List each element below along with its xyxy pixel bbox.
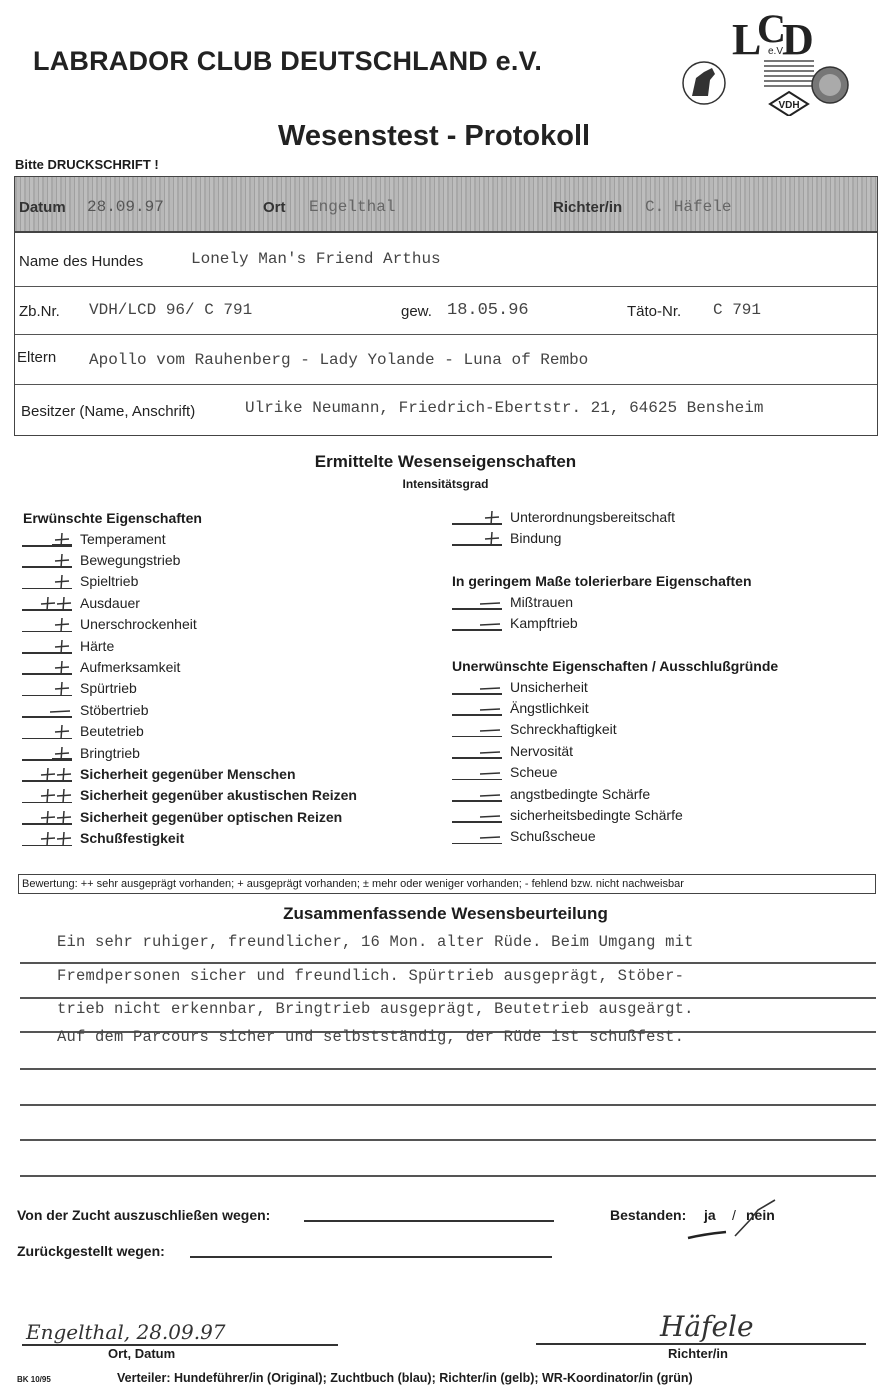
- rating-legend-text: Bewertung: ++ sehr ausgeprägt vorhanden;…: [22, 878, 684, 890]
- trait-item: Schußscheue: [452, 826, 596, 847]
- trait-label: Aufmerksamkeit: [80, 659, 180, 675]
- rating-field[interactable]: [452, 806, 502, 824]
- test-info-band: Datum 28.09.97 Ort Engelthal Richter/in …: [15, 177, 877, 233]
- trait-item: Temperament: [22, 528, 166, 549]
- rating-mark-icon: [452, 529, 502, 547]
- trait-label: Unsicherheit: [510, 679, 588, 695]
- rating-mark-icon: [452, 593, 502, 611]
- trait-label: Bringtrieb: [80, 745, 140, 761]
- summary-line[interactable]: Ein sehr ruhiger, freundlicher, 16 Mon. …: [57, 933, 694, 951]
- print-instruction: Bitte DRUCKSCHRIFT !: [15, 157, 159, 172]
- summary-rule: [20, 1068, 876, 1070]
- trait-item: Bewegungstrieb: [22, 549, 180, 570]
- exclude-field[interactable]: [304, 1220, 554, 1222]
- rating-mark-icon: [22, 679, 72, 697]
- birthdate-label: gew.: [401, 303, 432, 320]
- rating-field[interactable]: [452, 742, 502, 760]
- trait-label: Schußfestigkeit: [80, 830, 184, 846]
- summary-rule: [20, 1139, 876, 1141]
- trait-item: Unterordnungsbereitschaft: [452, 506, 675, 527]
- rating-legend: Bewertung: ++ sehr ausgeprägt vorhanden;…: [18, 874, 876, 894]
- rating-field[interactable]: [22, 829, 72, 847]
- svg-text:D: D: [782, 15, 814, 64]
- rating-field[interactable]: [452, 593, 502, 611]
- rating-mark-icon: [22, 765, 72, 783]
- rating-field[interactable]: [22, 658, 72, 676]
- rating-mark-icon: [22, 594, 72, 612]
- trait-label: Stöbertrieb: [80, 702, 148, 718]
- parents-field[interactable]: Apollo vom Rauhenberg - Lady Yolande - L…: [89, 351, 588, 369]
- trait-label: Härte: [80, 638, 114, 654]
- trait-label: Temperament: [80, 531, 166, 547]
- trait-item: Ängstlichkeit: [452, 697, 589, 718]
- rating-mark-icon: [452, 806, 502, 824]
- summary-line[interactable]: Fremdpersonen sicher und freundlich. Spü…: [57, 967, 684, 985]
- trait-label: Sicherheit gegenüber optischen Reizen: [80, 809, 342, 825]
- rating-field[interactable]: [22, 594, 72, 612]
- trait-item: Nervosität: [452, 740, 573, 761]
- owner-label: Besitzer (Name, Anschrift): [21, 403, 195, 420]
- rating-field[interactable]: [22, 744, 72, 762]
- trait-item: sicherheitsbedingte Schärfe: [452, 804, 683, 825]
- trait-item: Aufmerksamkeit: [22, 656, 180, 677]
- rating-field[interactable]: [22, 637, 72, 655]
- trait-label: Ausdauer: [80, 595, 140, 611]
- rating-field[interactable]: [452, 508, 502, 526]
- rating-mark-icon: [452, 742, 502, 760]
- summary-rule: [20, 962, 876, 964]
- dog-name-row: Name des Hundes Lonely Man's Friend Arth…: [15, 233, 877, 287]
- undesired-traits-title: Unerwünschte Eigenschaften / Ausschlußgr…: [452, 658, 778, 674]
- rating-mark-icon: [22, 808, 72, 826]
- rating-mark-icon: [452, 678, 502, 696]
- judge-label: Richter/in: [668, 1346, 728, 1361]
- rating-mark-icon: [22, 637, 72, 655]
- trait-label: Spieltrieb: [80, 573, 138, 589]
- tattoo-label: Täto-Nr.: [627, 303, 681, 320]
- rating-field[interactable]: [452, 785, 502, 803]
- trait-label: Sicherheit gegenüber akustischen Reizen: [80, 787, 357, 803]
- place-date-line[interactable]: [22, 1344, 338, 1346]
- rating-field[interactable]: [452, 678, 502, 696]
- richter-label: Richter/in: [553, 199, 622, 216]
- document-title: Wesenstest - Protokoll: [278, 120, 590, 153]
- rating-field[interactable]: [452, 529, 502, 547]
- club-logo: L C D e.V. VDH: [682, 8, 857, 116]
- summary-rule: [20, 1175, 876, 1177]
- parents-row: Eltern Apollo vom Rauhenberg - Lady Yola…: [15, 335, 877, 385]
- rating-field[interactable]: [22, 551, 72, 569]
- datum-label: Datum: [19, 199, 66, 216]
- trait-label: Beutetrieb: [80, 723, 144, 739]
- trait-item: Schußfestigkeit: [22, 828, 184, 849]
- trait-label: Bewegungstrieb: [80, 552, 180, 568]
- deferred-label: Zurückgestellt wegen:: [17, 1243, 165, 1259]
- trait-label: angstbedingte Schärfe: [510, 786, 650, 802]
- rating-mark-icon: [22, 744, 72, 762]
- desired-traits-title: Erwünschte Eigenschaften: [23, 510, 202, 526]
- trait-item: Schreckhaftigkeit: [452, 719, 617, 740]
- trait-item: Sicherheit gegenüber Menschen: [22, 763, 296, 784]
- tattoo-field[interactable]: C 791: [713, 301, 761, 319]
- rating-mark-icon: [22, 530, 72, 548]
- trait-label: Kampftrieb: [510, 615, 578, 631]
- traits-section-title: Ermittelte Wesenseigenschaften: [0, 452, 891, 472]
- trait-item: Härte: [22, 635, 114, 656]
- rating-field[interactable]: [22, 679, 72, 697]
- summary-line[interactable]: Auf dem Parcours sicher und selbstständi…: [57, 1028, 684, 1046]
- organization-title: LABRADOR CLUB DEUTSCHLAND e.V.: [33, 46, 542, 77]
- trait-label: Mißtrauen: [510, 594, 573, 610]
- rating-mark-icon: [452, 614, 502, 632]
- trait-item: Kampftrieb: [452, 612, 578, 633]
- rating-mark-icon: [452, 827, 502, 845]
- summary-line[interactable]: trieb nicht erkennbar, Bringtrieb ausgep…: [57, 1000, 694, 1018]
- traits-section-subtitle: Intensitätsgrad: [0, 477, 891, 491]
- summary-rule: [20, 997, 876, 999]
- rating-field[interactable]: [452, 699, 502, 717]
- trait-item: Stöbertrieb: [22, 699, 148, 720]
- rating-field[interactable]: [22, 765, 72, 783]
- trait-item: Mißtrauen: [452, 591, 573, 612]
- trait-item: Unsicherheit: [452, 676, 588, 697]
- trait-item: Sicherheit gegenüber akustischen Reizen: [22, 785, 357, 806]
- birthdate-field[interactable]: 18.05.96: [447, 301, 529, 320]
- rating-mark-icon: [452, 720, 502, 738]
- rating-mark-icon: [22, 658, 72, 676]
- trait-item: Bindung: [452, 527, 561, 548]
- trait-item: Spieltrieb: [22, 571, 138, 592]
- lcd-logo-icon: L C D e.V. VDH: [682, 8, 857, 116]
- rating-mark-icon: [22, 701, 72, 719]
- ort-label: Ort: [263, 199, 286, 216]
- trait-item: Unerschrockenheit: [22, 614, 197, 635]
- trait-label: Ängstlichkeit: [510, 700, 589, 716]
- trait-item: Bringtrieb: [22, 742, 140, 763]
- rating-field[interactable]: [452, 614, 502, 632]
- dog-info-table: Datum 28.09.97 Ort Engelthal Richter/in …: [14, 176, 878, 436]
- tolerable-traits-title: In geringem Maße tolerierbare Eigenschaf…: [452, 573, 752, 589]
- zb-field[interactable]: VDH/LCD 96/ C 791: [89, 301, 252, 319]
- rating-mark-icon: [452, 763, 502, 781]
- form-code: BK 10/95: [17, 1375, 51, 1384]
- deferred-field[interactable]: [190, 1256, 552, 1258]
- svg-text:VDH: VDH: [778, 100, 799, 111]
- registration-row: Zb.Nr. VDH/LCD 96/ C 791 gew. 18.05.96 T…: [15, 287, 877, 335]
- trait-label: Scheue: [510, 764, 557, 780]
- rating-mark-icon: [22, 786, 72, 804]
- exclude-label: Von der Zucht auszuschließen wegen:: [17, 1207, 270, 1223]
- rating-mark-icon: [452, 785, 502, 803]
- rating-field[interactable]: [22, 786, 72, 804]
- rating-field[interactable]: [22, 808, 72, 826]
- judge-signature-line[interactable]: [536, 1343, 866, 1345]
- ort-field[interactable]: Engelthal: [309, 198, 395, 216]
- rating-field[interactable]: [22, 615, 72, 633]
- summary-title: Zusammenfassende Wesensbeurteilung: [0, 904, 891, 924]
- rating-field[interactable]: [22, 722, 72, 740]
- rating-mark-icon: [22, 722, 72, 740]
- rating-mark-icon: [22, 572, 72, 590]
- rating-mark-icon: [22, 829, 72, 847]
- passed-label: Bestanden:: [610, 1207, 686, 1223]
- trait-item: Beutetrieb: [22, 721, 144, 742]
- trait-item: Sicherheit gegenüber optischen Reizen: [22, 806, 342, 827]
- trait-label: Schreckhaftigkeit: [510, 721, 617, 737]
- trait-item: Spürtrieb: [22, 678, 137, 699]
- place-date-label: Ort, Datum: [108, 1346, 175, 1361]
- trait-label: Spürtrieb: [80, 680, 137, 696]
- trait-label: Schußscheue: [510, 828, 596, 844]
- dog-name-label: Name des Hundes: [19, 253, 143, 270]
- rating-mark-icon: [452, 508, 502, 526]
- rating-mark-icon: [22, 551, 72, 569]
- trait-label: Bindung: [510, 530, 561, 546]
- rating-field[interactable]: [22, 530, 72, 548]
- rating-mark-icon: [452, 699, 502, 717]
- owner-row: Besitzer (Name, Anschrift) Ulrike Neuman…: [15, 385, 877, 435]
- rating-field[interactable]: [452, 720, 502, 738]
- trait-item: Scheue: [452, 762, 557, 783]
- trait-label: Sicherheit gegenüber Menschen: [80, 766, 296, 782]
- trait-label: Nervosität: [510, 743, 573, 759]
- rating-field[interactable]: [452, 827, 502, 845]
- judge-signature: Häfele: [660, 1310, 754, 1343]
- distribution-note: Verteiler: Hundeführer/in (Original); Zu…: [117, 1371, 693, 1385]
- place-date-signature: Engelthal, 28.09.97: [26, 1320, 226, 1344]
- trait-item: angstbedingte Schärfe: [452, 783, 650, 804]
- rating-field[interactable]: [452, 763, 502, 781]
- svg-text:e.V.: e.V.: [768, 46, 785, 57]
- richter-field[interactable]: C. Häfele: [645, 198, 731, 216]
- summary-rule: [20, 1104, 876, 1106]
- dog-name-field[interactable]: Lonely Man's Friend Arthus: [191, 250, 441, 268]
- trait-label: Unterordnungsbereitschaft: [510, 509, 675, 525]
- rating-mark-icon: [22, 615, 72, 633]
- datum-field[interactable]: 28.09.97: [87, 198, 164, 216]
- zb-label: Zb.Nr.: [19, 303, 60, 320]
- rating-field[interactable]: [22, 572, 72, 590]
- trait-item: Ausdauer: [22, 592, 140, 613]
- parents-label: Eltern: [17, 349, 56, 366]
- trait-label: Unerschrockenheit: [80, 616, 197, 632]
- rating-field[interactable]: [22, 701, 72, 719]
- owner-field[interactable]: Ulrike Neumann, Friedrich-Ebertstr. 21, …: [245, 399, 763, 417]
- trait-label: sicherheitsbedingte Schärfe: [510, 807, 683, 823]
- handwritten-strike-icon: [680, 1196, 790, 1244]
